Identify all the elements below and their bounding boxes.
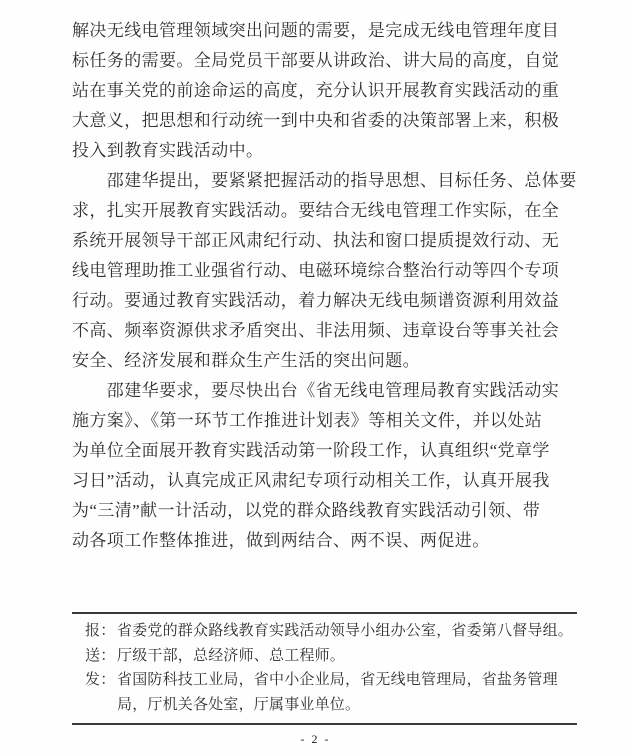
distribution-row-report: 报： 省委党的群众路线教育实践活动领导小组办公室，省委第八督导组。 xyxy=(72,619,577,644)
text-line: 邵建华提出，要紧紧把握活动的指导思想、目标任务、总体要 xyxy=(72,166,577,196)
distribution-row-send: 送： 厅级干部，总经济师、总工程师。 xyxy=(72,644,577,669)
text-line: 大意义，把思想和行动统一到中央和省委的决策部署上来，积极 xyxy=(72,106,577,136)
text-line: 邵建华要求，要尽快出台《省无线电管理局教育实践活动实 xyxy=(72,376,577,406)
distribution-content-report: 省委党的群众路线教育实践活动领导小组办公室，省委第八督导组。 xyxy=(117,619,577,644)
text-line: 系统开展领导干部正风肃纪行动、执法和窗口提质提效行动、无 xyxy=(72,226,577,256)
distribution-content-issue: 省国防科技工业局，省中小企业局，省无线电管理局，省盐务管理局，厅机关各处室，厅属… xyxy=(117,668,577,717)
paragraph-1: 解决无线电管理领域突出问题的需要，是完成无线电管理年度目标任务的需要。全局党员干… xyxy=(72,16,577,166)
paragraph-2: 邵建华提出，要紧紧把握活动的指导思想、目标任务、总体要求，扎实开展教育实践活动。… xyxy=(72,166,577,376)
distribution-row-issue: 发： 省国防科技工业局，省中小企业局，省无线电管理局，省盐务管理局，厅机关各处室… xyxy=(72,668,577,717)
distribution-content-send: 厅级干部，总经济师、总工程师。 xyxy=(117,644,577,669)
text-line: 局，厅机关各处室，厅属事业单位。 xyxy=(117,693,577,718)
text-line: 省委党的群众路线教育实践活动领导小组办公室，省委第八督导组。 xyxy=(117,619,577,644)
text-line: 习日”活动，认真完成正风肃纪专项行动相关工作，认真开展我 xyxy=(72,466,577,496)
text-line: 投入到教育实践活动中。 xyxy=(72,136,577,166)
text-line: 厅级干部，总经济师、总工程师。 xyxy=(117,644,577,669)
document-page: 解决无线电管理领域突出问题的需要，是完成无线电管理年度目标任务的需要。全局党员干… xyxy=(0,0,631,755)
text-line: 施方案》、《第一环节工作推进计划表》等相关文件，并以处站 xyxy=(72,406,577,436)
document-body: 解决无线电管理领域突出问题的需要，是完成无线电管理年度目标任务的需要。全局党员干… xyxy=(72,16,577,556)
text-line: 省国防科技工业局，省中小企业局，省无线电管理局，省盐务管理 xyxy=(117,668,577,693)
text-line: 线电管理助推工业强省行动、电磁环境综合整治行动等四个专项 xyxy=(72,256,577,286)
page-number: - 2 - xyxy=(0,732,631,747)
text-line: 不高、频率资源供求矛盾突出、非法用频、违章设台等事关社会 xyxy=(72,316,577,346)
text-line: 求，扎实开展教育实践活动。要结合无线电管理工作实际，在全 xyxy=(72,196,577,226)
text-line: 为“三清”献一计活动，以党的群众路线教育实践活动引领、带 xyxy=(72,496,577,526)
distribution-label-report: 报： xyxy=(85,619,117,644)
distribution-section: 报： 省委党的群众路线教育实践活动领导小组办公室，省委第八督导组。 送： 厅级干… xyxy=(72,612,577,725)
text-line: 动各项工作整体推进，做到两结合、两不误、两促进。 xyxy=(72,526,577,556)
text-line: 行动。要通过教育实践活动，着力解决无线电频谱资源利用效益 xyxy=(72,286,577,316)
text-line: 标任务的需要。全局党员干部要从讲政治、讲大局的高度，自觉 xyxy=(72,46,577,76)
text-line: 解决无线电管理领域突出问题的需要，是完成无线电管理年度目 xyxy=(72,16,577,46)
distribution-label-issue: 发： xyxy=(85,668,117,693)
text-line: 为单位全面展开教育实践活动第一阶段工作，认真组织“党章学 xyxy=(72,436,577,466)
distribution-label-send: 送： xyxy=(85,644,117,669)
text-line: 站在事关党的前途命运的高度，充分认识开展教育实践活动的重 xyxy=(72,76,577,106)
paragraph-3: 邵建华要求，要尽快出台《省无线电管理局教育实践活动实施方案》、《第一环节工作推进… xyxy=(72,376,577,556)
text-line: 安全、经济发展和群众生产生活的突出问题。 xyxy=(72,346,577,376)
